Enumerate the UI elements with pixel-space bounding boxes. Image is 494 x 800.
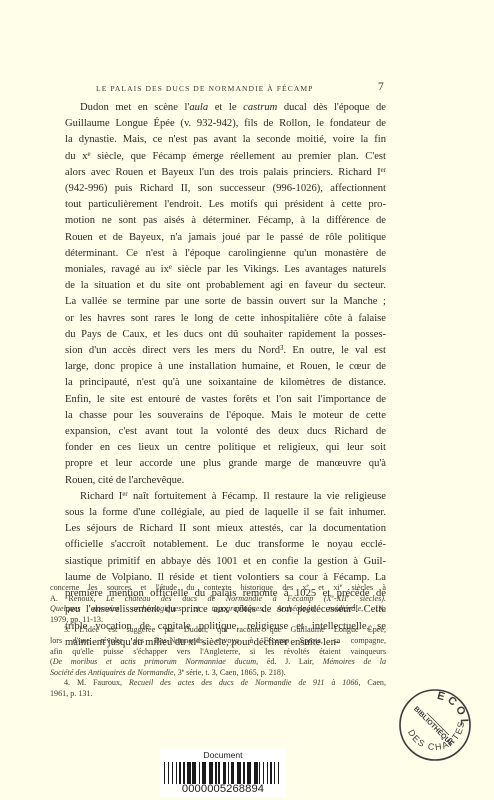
footnote-3: 3. L'idée est suggérée par Dudon, qui ra… [50, 625, 386, 678]
text-line: or les havres sont rares le long de cett… [50, 311, 386, 327]
text-line: 3. L'idée est suggérée par Dudon, qui ra… [50, 625, 386, 636]
text-line: du xe siècle, que Fécamp émerge réelleme… [50, 149, 386, 165]
text-line: la principauté, n'est qu'à une soixantai… [50, 375, 386, 391]
text-line: lors d'une révolte des Bas-Normands, env… [50, 636, 386, 647]
text-line: propre et leur accorde une plus grande m… [50, 456, 386, 472]
barcode-label: Document 0000005268894 [160, 749, 286, 797]
text-line: Rouen et de Bayeux, n'a jamais joué par … [50, 230, 386, 246]
body-text: Dudon met en scène l'aula et le castrum … [50, 100, 386, 651]
text-line: siastique primitif en abbaye dès 1001 et… [50, 554, 386, 570]
text-line: 1979, pp. 11-13. [50, 615, 386, 626]
text-line: la chasse pour les souverains de l'époqu… [50, 408, 386, 424]
text-line: A. Renoux, Le château des ducs de Norman… [50, 594, 386, 605]
barcode-caption: Document [160, 750, 286, 760]
text-line: moniales, ravagé au ixe siècle par les V… [50, 262, 386, 278]
text-line: de la situation et du site ont probablem… [50, 278, 386, 294]
barcode-bars [164, 762, 282, 784]
text-line: alors avec Rouen et Bayeux l'un des troi… [50, 165, 386, 181]
text-line: (De moribus et actis primorum Normanniae… [50, 657, 386, 668]
barcode-number: 0000005268894 [160, 783, 286, 795]
text-line: concerne les sources et l'étude du conte… [50, 583, 386, 594]
text-line: motion ne sont pas aisés à déterminer. F… [50, 213, 386, 229]
text-line: du Pays de Caux, et les ducs ont dû souh… [50, 327, 386, 343]
text-line: fonder en ces lieux un centre politique … [50, 440, 386, 456]
text-line: Dudon met en scène l'aula et le castrum … [50, 100, 386, 116]
text-line: Quelques données archéologiques et topog… [50, 604, 386, 615]
paragraph-1: Dudon met en scène l'aula et le castrum … [50, 100, 386, 489]
text-line: 4. M. Fauroux, Recueil des actes des duc… [50, 678, 386, 689]
footnotes: concerne les sources et l'étude du conte… [50, 583, 386, 700]
document-page: Le palais des ducs de Normandie à Fécamp… [0, 0, 494, 800]
text-line: Richard Ier naît fortuitement à Fécamp. … [50, 489, 386, 505]
text-line: tout particulièrement l'endroit. Les mot… [50, 197, 386, 213]
footnote-4: 4. M. Fauroux, Recueil des actes des duc… [50, 678, 386, 699]
text-line: La vallée se termine par une sorte de ba… [50, 294, 386, 310]
text-line: officielle s'accroît notablement. Le duc… [50, 537, 386, 553]
text-line: Guillaume Longue Épée (v. 932-942), fils… [50, 116, 386, 132]
text-line: déterminant. Ce n'est à l'époque carolin… [50, 246, 386, 262]
text-line: Enfin, le site est entouré de vastes for… [50, 392, 386, 408]
text-line: la dynastie. Mais, ce n'est pas avant la… [50, 132, 386, 148]
footnote-continuation: concerne les sources et l'étude du conte… [50, 583, 386, 625]
text-line: sous la forme d'une collégiale, au pied … [50, 505, 386, 521]
text-line: large, donc propice à une installation h… [50, 359, 386, 375]
page-number: 7 [378, 81, 384, 93]
text-line: afin qu'elle puisse s'échapper vers l'An… [50, 647, 386, 658]
text-line: Société des Antiquaires de Normandie, 3e… [50, 668, 386, 679]
text-line: Les séjours de Richard II sont mieux att… [50, 521, 386, 537]
text-line: (942-996) puis Richard II, son successeu… [50, 181, 386, 197]
library-stamp: ÉCOLE DES CHARTES BIBLIOTHÈQUE [397, 687, 473, 763]
text-line: sion d'un accès direct vers les mers du … [50, 343, 386, 359]
text-line: 1961, p. 131. [50, 689, 386, 700]
text-line: expansion, c'est avant tout la volonté d… [50, 424, 386, 440]
text-line: Rouen, cité de l'archevêque. [50, 473, 386, 489]
running-title: Le palais des ducs de Normandie à Fécamp [96, 84, 386, 93]
